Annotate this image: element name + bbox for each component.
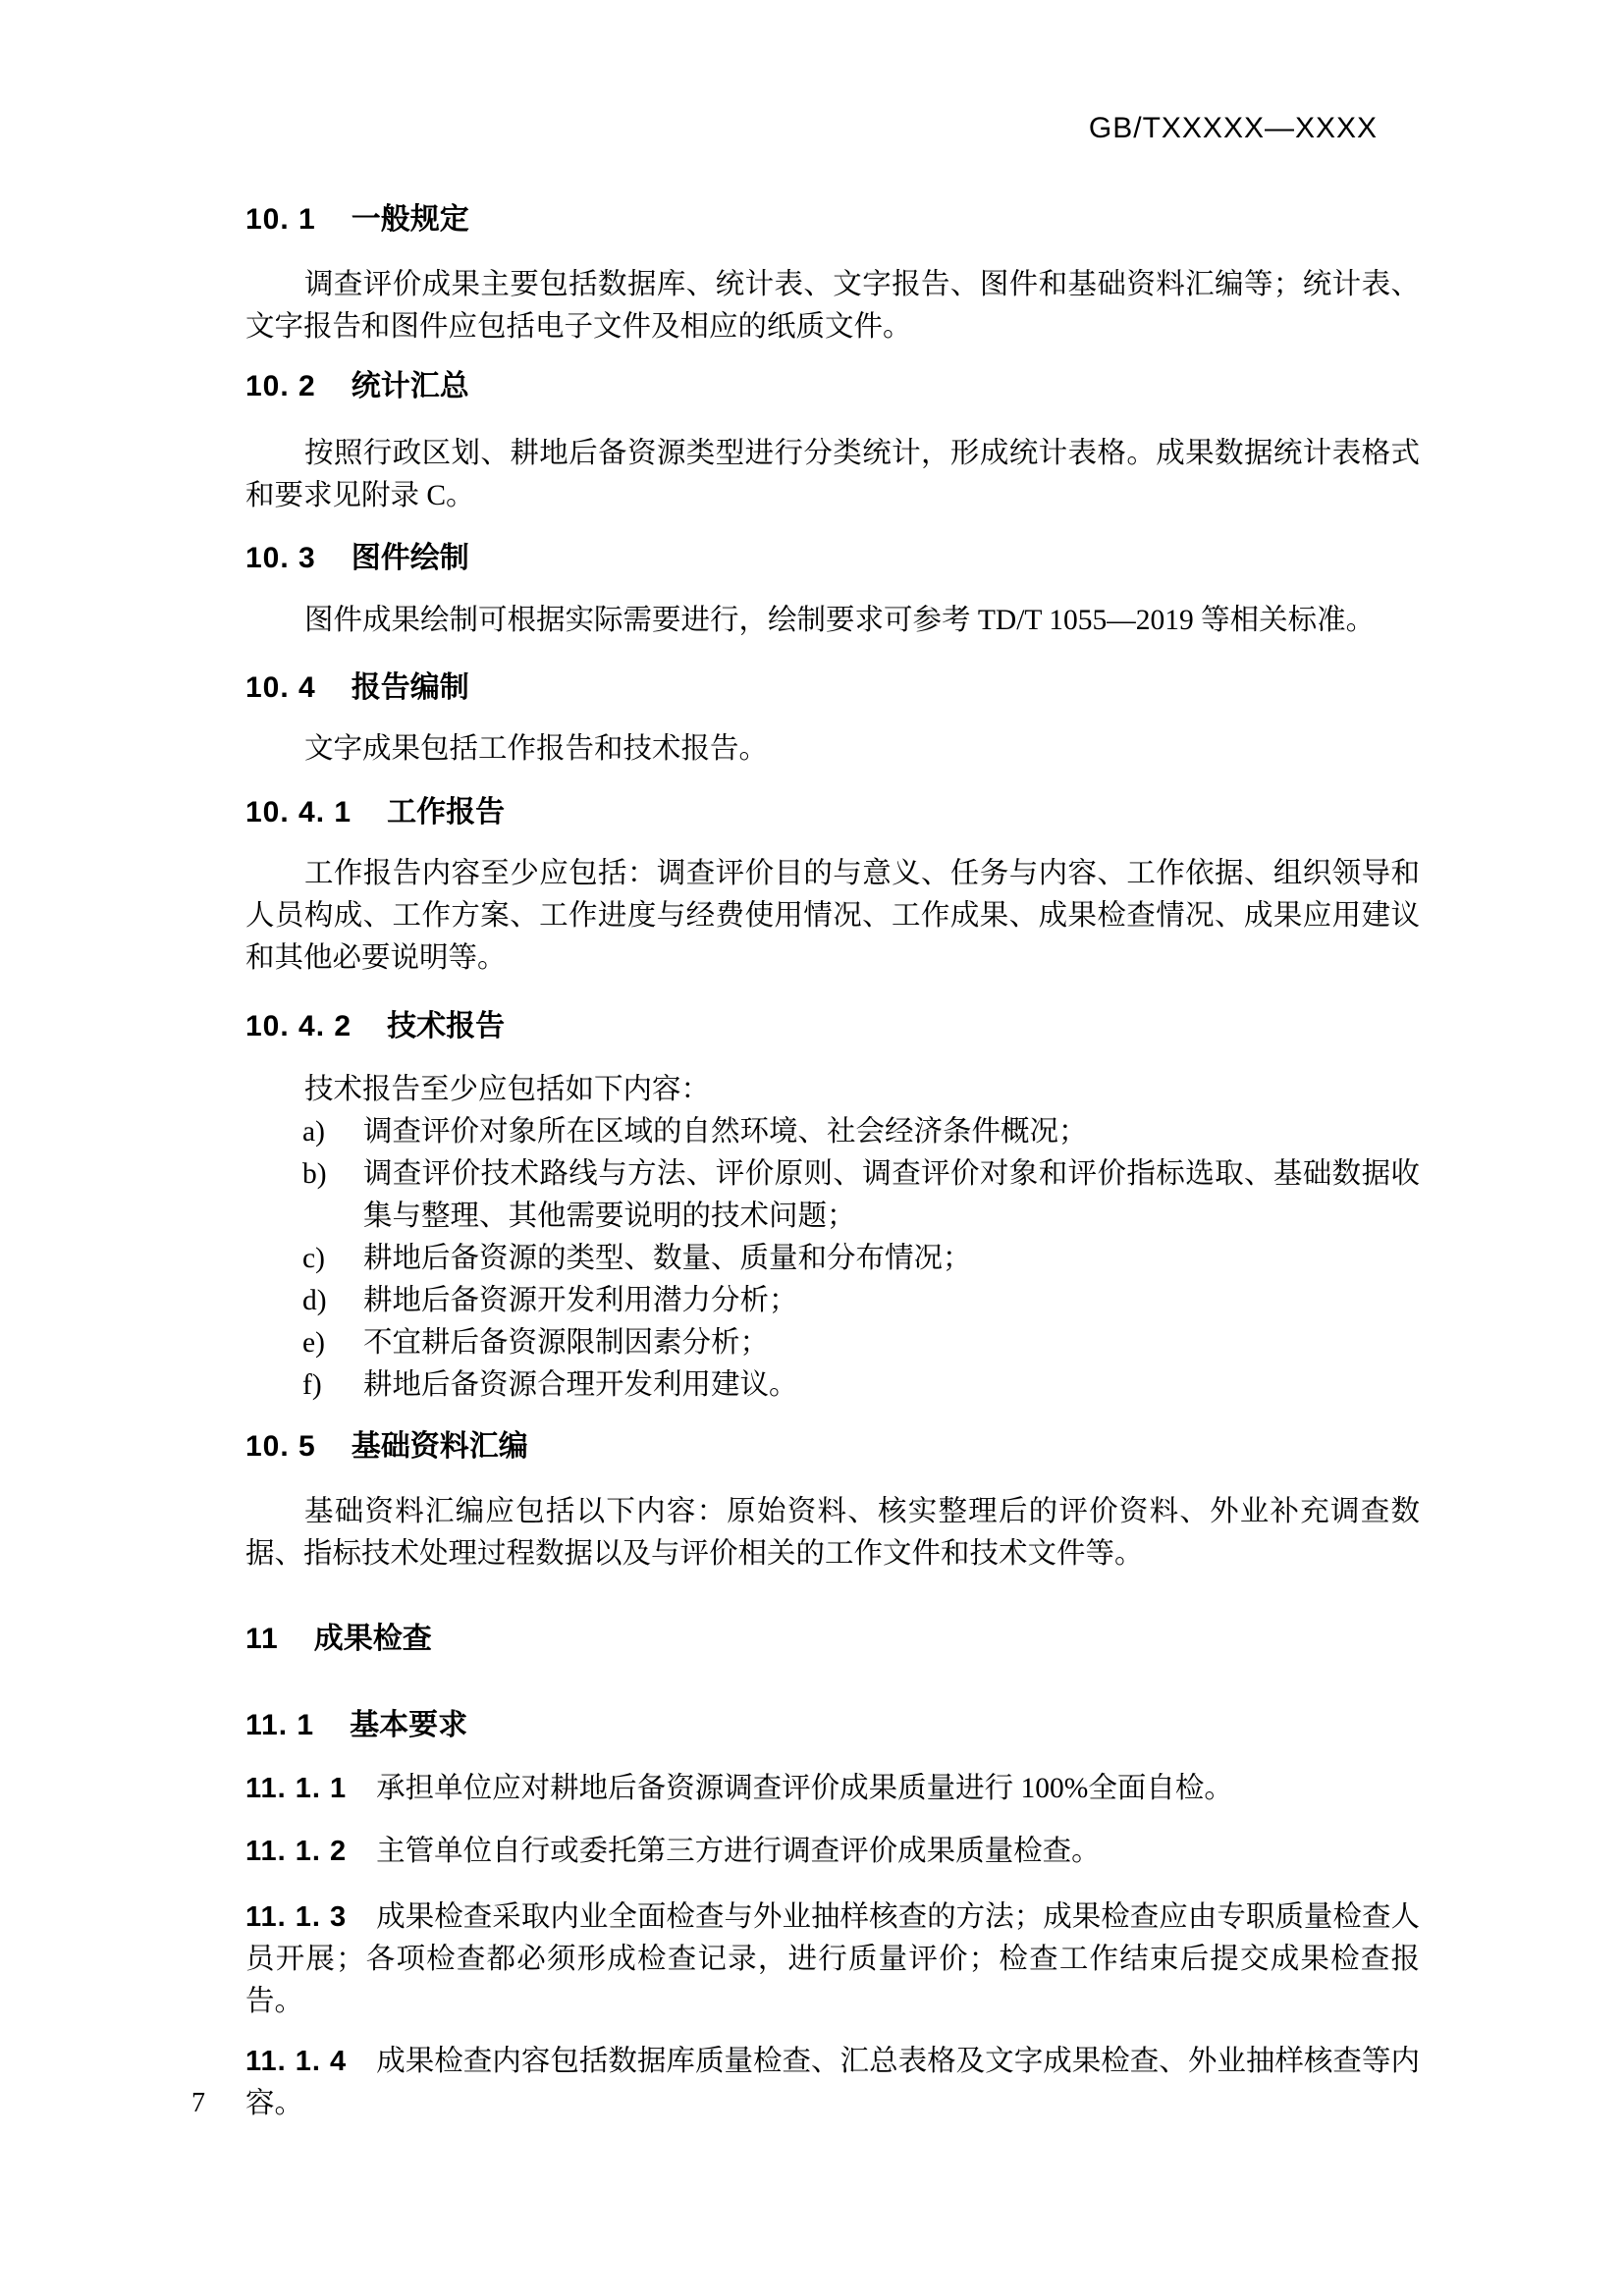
- list-item-label: f): [302, 1364, 322, 1407]
- clause-number: 11. 1. 1: [245, 1773, 347, 1804]
- paragraph-10-4-2-intro: 技术报告至少应包括如下内容：: [245, 1069, 1420, 1111]
- clause-text: 主管单位自行或委托第三方进行调查评价成果质量检查。: [376, 1836, 1101, 1867]
- section-heading-10-4-2: 10. 4. 2技术报告: [245, 1005, 1420, 1047]
- section-heading-10-3: 10. 3图件绘制: [245, 537, 1420, 579]
- section-title: 工作报告: [387, 796, 505, 828]
- section-heading-10-4-1: 10. 4. 1工作报告: [245, 791, 1420, 833]
- section-number: 10. 4: [245, 671, 316, 704]
- page-content: 10. 1一般规定 调查评价成果主要包括数据库、统计表、文字报告、图件和基础资料…: [245, 0, 1420, 2125]
- clause-text: 成果检查内容包括数据库质量检查、汇总表格及文字成果检查、外业抽样核查等内容。: [245, 2046, 1420, 2119]
- section-number: 11: [245, 1623, 279, 1655]
- list-item-c: c)耕地后备资源的类型、数量、质量和分布情况；: [245, 1238, 1420, 1280]
- list-item-text: 调查评价对象所在区域的自然环境、社会经济条件概况；: [363, 1116, 1088, 1148]
- section-title: 技术报告: [387, 1010, 505, 1042]
- list-item-f: f)耕地后备资源合理开发利用建议。: [245, 1364, 1420, 1407]
- section-title: 成果检查: [314, 1623, 432, 1655]
- chapter-heading-11: 11成果检查: [245, 1618, 1420, 1660]
- section-title: 统计汇总: [352, 370, 469, 402]
- list-item-d: d)耕地后备资源开发利用潜力分析；: [245, 1280, 1420, 1322]
- clause-11-1-4: 11. 1. 4成果检查内容包括数据库质量检查、汇总表格及文字成果检查、外业抽样…: [245, 2041, 1420, 2125]
- list-item-label: a): [302, 1111, 325, 1153]
- clause-number: 11. 1. 3: [245, 1901, 347, 1933]
- section-title: 基本要求: [350, 1709, 467, 1741]
- section-title: 基础资料汇编: [352, 1430, 528, 1463]
- standard-document-page: GB/TXXXXX—XXXX 10. 1一般规定 调查评价成果主要包括数据库、统…: [0, 0, 1624, 2296]
- paragraph-10-2: 按照行政区划、耕地后备资源类型进行分类统计，形成统计表格。成果数据统计表格式和要…: [245, 433, 1420, 517]
- section-number: 10. 5: [245, 1430, 316, 1463]
- section-heading-10-4: 10. 4报告编制: [245, 667, 1420, 709]
- section-title: 图件绘制: [352, 542, 469, 574]
- list-item-text: 耕地后备资源开发利用潜力分析；: [363, 1285, 798, 1316]
- paragraph-10-5: 基础资料汇编应包括以下内容：原始资料、核实整理后的评价资料、外业补充调查数据、指…: [245, 1491, 1420, 1575]
- paragraph-10-3: 图件成果绘制可根据实际需要进行，绘制要求可参考 TD/T 1055—2019 等…: [245, 600, 1420, 642]
- section-number: 10. 4. 2: [245, 1010, 352, 1042]
- section-number: 10. 2: [245, 370, 316, 402]
- clause-text: 成果检查采取内业全面检查与外业抽样核查的方法；成果检查应由专职质量检查人员开展；…: [245, 1901, 1420, 2017]
- section-heading-10-2: 10. 2统计汇总: [245, 365, 1420, 407]
- page-number: 7: [191, 2087, 205, 2120]
- clause-11-1-3: 11. 1. 3成果检查采取内业全面检查与外业抽样核查的方法；成果检查应由专职质…: [245, 1896, 1420, 2023]
- section-title: 报告编制: [352, 671, 469, 704]
- list-item-b: b)调查评价技术路线与方法、评价原则、调查评价对象和评价指标选取、基础数据收集与…: [245, 1153, 1420, 1238]
- list-item-a: a)调查评价对象所在区域的自然环境、社会经济条件概况；: [245, 1111, 1420, 1153]
- list-item-text: 耕地后备资源合理开发利用建议。: [363, 1369, 798, 1401]
- list-item-label: b): [302, 1153, 327, 1196]
- clause-number: 11. 1. 4: [245, 2046, 347, 2077]
- section-title: 一般规定: [352, 203, 469, 236]
- section-number: 10. 1: [245, 203, 316, 236]
- list-item-label: d): [302, 1280, 327, 1322]
- clause-text: 承担单位应对耕地后备资源调查评价成果质量进行 100%全面自检。: [376, 1773, 1233, 1804]
- paragraph-10-4: 文字成果包括工作报告和技术报告。: [245, 728, 1420, 771]
- section-heading-10-1: 10. 1一般规定: [245, 198, 1420, 240]
- section-heading-11-1: 11. 1基本要求: [245, 1704, 1420, 1746]
- clause-11-1-2: 11. 1. 2主管单位自行或委托第三方进行调查评价成果质量检查。: [245, 1831, 1420, 1873]
- list-item-label: e): [302, 1322, 325, 1364]
- section-number: 10. 3: [245, 542, 316, 574]
- clause-11-1-1: 11. 1. 1承担单位应对耕地后备资源调查评价成果质量进行 100%全面自检。: [245, 1768, 1420, 1810]
- paragraph-10-1: 调查评价成果主要包括数据库、统计表、文字报告、图件和基础资料汇编等；统计表、文字…: [245, 264, 1420, 348]
- list-item-text: 不宜耕后备资源限制因素分析；: [363, 1327, 769, 1359]
- section-number: 11. 1: [245, 1709, 314, 1741]
- list-item-text: 调查评价技术路线与方法、评价原则、调查评价对象和评价指标选取、基础数据收集与整理…: [363, 1158, 1420, 1232]
- section-number: 10. 4. 1: [245, 796, 352, 828]
- clause-number: 11. 1. 2: [245, 1836, 347, 1867]
- paragraph-10-4-1: 工作报告内容至少应包括：调查评价目的与意义、任务与内容、工作依据、组织领导和人员…: [245, 853, 1420, 980]
- list-item-label: c): [302, 1238, 325, 1280]
- technical-report-item-list: a)调查评价对象所在区域的自然环境、社会经济条件概况； b)调查评价技术路线与方…: [245, 1111, 1420, 1407]
- list-item-text: 耕地后备资源的类型、数量、质量和分布情况；: [363, 1243, 972, 1274]
- section-heading-10-5: 10. 5基础资料汇编: [245, 1425, 1420, 1468]
- list-item-e: e)不宜耕后备资源限制因素分析；: [245, 1322, 1420, 1364]
